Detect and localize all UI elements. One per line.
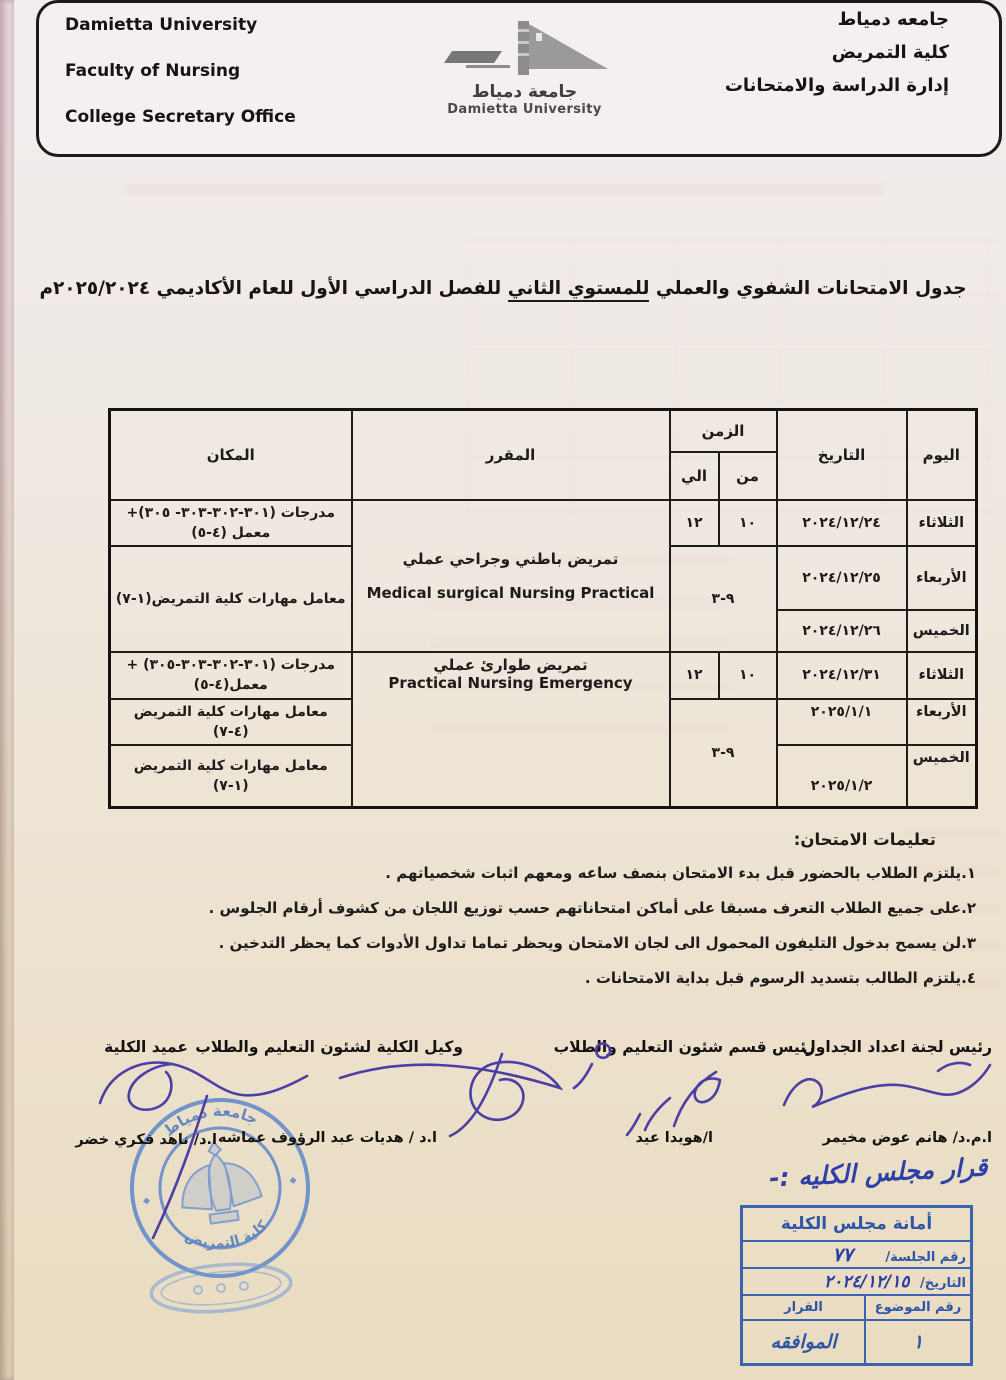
instruction-item: ١.يلتزم الطلاب بالحضور قبل بدء الامتحان … <box>126 864 976 882</box>
place-cell: معامل مهارات كلية التمريض (١-٧) <box>110 745 352 807</box>
time-merged-cell: ٩-٣ <box>670 546 777 652</box>
date-cell: ٢٠٢٤/١٢/٢٥ <box>777 546 907 610</box>
date-cell: ٢٠٢٤/١٢/٢٤ <box>777 500 907 547</box>
time-merged-cell: ٩-٣ <box>670 699 777 808</box>
course-english: Practical Nursing Emergency <box>357 674 665 692</box>
instructions-heading: تعليمات الامتحان: <box>126 830 936 849</box>
scanned-document-page: { "letterhead": { "english_lines": ["Dam… <box>0 0 1006 1380</box>
logo-english-text: Damietta University <box>397 102 652 117</box>
signature-ink-schedules-committee <box>778 1055 996 1127</box>
day-cell: الثلاثاء <box>907 500 977 547</box>
decision-label: القرار <box>742 1295 866 1320</box>
day-cell: الثلاثاء <box>907 652 977 699</box>
date-cell: ٢٠٢٥/١/٢ <box>777 745 907 807</box>
letterhead-english-line-3: College Secretary Office <box>65 107 296 127</box>
letterhead-english-line-1: Damietta University <box>65 15 257 35</box>
logo-arabic-text: جامعة دمياط <box>397 82 652 102</box>
course-english: Medical surgical Nursing Practical <box>357 584 665 602</box>
instruction-item: ٤.يلتزم الطالب بتسديد الرسوم قبل بداية ا… <box>126 969 976 987</box>
exam-schedule-table: اليوم التاريخ الزمن المقرر المكان من الي… <box>108 408 978 809</box>
day-cell: الخميس <box>907 610 977 652</box>
header-course: المقرر <box>352 410 670 500</box>
place-cell: مدرجات (٣٠١-٣٠٢-٣٠٣- ٣٠٥)+ معمل (٤-٥) <box>110 500 352 547</box>
signature-ink-dean <box>85 1048 325 1253</box>
date-cell: ٢٠٢٤/١٢/٢٦ <box>777 610 907 652</box>
header-time: الزمن <box>670 410 777 452</box>
signature-name-dean: ا.د/ ناهد فكري خضر <box>75 1132 217 1148</box>
signature-name-schedules-committee: ا.م.د/ هانم عوض مخيمر <box>823 1130 992 1146</box>
place-cell: مدرجات (٣٠١-٣٠٢-٣٠٣-٣٠٥) + معمل(٤-٥) <box>110 652 352 699</box>
session-date-value: ٢٠٢٤/١٢/١٥ <box>824 1272 909 1292</box>
course-cell-1: تمريض باطني وجراحي عملي Medical surgical… <box>352 500 670 653</box>
scan-edge-strip <box>0 0 14 1380</box>
table-row: الثلاثاء ٢٠٢٤/١٢/٣١ ١٠ ١٢ تمريض طوارئ عم… <box>110 652 977 699</box>
university-logo-icon <box>440 19 610 77</box>
day-cell: الأربعاء <box>907 699 977 746</box>
date-cell: ٢٠٢٥/١/١ <box>777 699 907 746</box>
document-title-underlined: للمستوي الثاني <box>508 278 650 302</box>
subject-number-label: رقم الموضوع <box>865 1295 972 1320</box>
header-date: التاريخ <box>777 410 907 500</box>
header-day: اليوم <box>907 410 977 500</box>
place-cell: معامل مهارات كلية التمريض(١-٧) <box>110 546 352 652</box>
oval-stamp-icon <box>146 1262 296 1314</box>
instruction-item: ٣.لن يسمح بدخول التليفون المحمول الى لجا… <box>126 934 976 952</box>
council-stamp-title: أمانة مجلس الكلية <box>742 1207 972 1242</box>
course-cell-2: تمريض طوارئ عملي Practical Nursing Emerg… <box>352 652 670 807</box>
university-logo: جامعة دمياط Damietta University <box>397 19 652 117</box>
session-number-label: رقم الجلسة/ <box>885 1250 966 1265</box>
header-place: المكان <box>110 410 352 500</box>
instruction-item: ٢.على جميع الطلاب التعرف مسبقا على أماكن… <box>126 899 976 917</box>
time-from-cell: ١٠ <box>719 652 777 699</box>
decision-value: الموافقه <box>742 1320 866 1365</box>
place-cell: معامل مهارات كلية التمريض (٤-٧) <box>110 699 352 746</box>
header-time-to: الي <box>670 452 719 500</box>
letterhead-arabic-line-1: جامعه دمياط <box>838 9 949 30</box>
session-number-value: ٧٧ <box>832 1244 852 1266</box>
letterhead-box: Damietta University Faculty of Nursing C… <box>36 0 1002 157</box>
session-date-row: التاريخ/ ٢٠٢٤/١٢/١٥ <box>742 1268 972 1295</box>
time-to-cell: ١٢ <box>670 500 719 547</box>
document-title-pre: جدول الامتحانات الشفوي والعملي <box>649 278 966 299</box>
time-from-cell: ١٠ <box>719 500 777 547</box>
document-title: جدول الامتحانات الشفوي والعملي للمستوي ا… <box>0 278 1006 299</box>
course-arabic: تمريض باطني وجراحي عملي <box>357 550 665 568</box>
table-row: الثلاثاء ٢٠٢٤/١٢/٢٤ ١٠ ١٢ تمريض باطني وج… <box>110 500 977 547</box>
document-title-post: للفصل الدراسي الأول للعام الأكاديمي ٢٠٢٥… <box>39 278 507 299</box>
header-time-from: من <box>719 452 777 500</box>
day-cell: الخميس <box>907 745 977 807</box>
signature-ink-vice-dean <box>330 1038 630 1140</box>
signature-name-vice-dean: ا.د / هديات عبد الرؤوف عماشه <box>218 1130 437 1146</box>
exam-instructions: تعليمات الامتحان: ١.يلتزم الطلاب بالحضور… <box>126 830 976 1004</box>
letterhead-arabic-line-2: كلية التمريض <box>832 42 949 63</box>
session-number-row: رقم الجلسة/ ٧٧ <box>742 1241 972 1268</box>
signature-ink-education-dept-head <box>612 1056 752 1140</box>
council-secretariat-stamp: أمانة مجلس الكلية رقم الجلسة/ ٧٧ التاريخ… <box>740 1205 973 1366</box>
signature-name-education-dept-head: ا/هويدا عيد <box>636 1130 713 1146</box>
subject-number-value: ١ <box>865 1320 972 1365</box>
letterhead-arabic-line-3: إدارة الدراسة والامتحانات <box>725 75 949 96</box>
council-decision-note: قرار مجلس الكليه :- <box>769 1152 989 1192</box>
signature-title-schedules-committee: رئيس لجنة اعداد الجداول <box>802 1038 992 1056</box>
time-to-cell: ١٢ <box>670 652 719 699</box>
day-cell: الأربعاء <box>907 546 977 610</box>
letterhead-english-line-2: Faculty of Nursing <box>65 61 240 81</box>
session-date-label: التاريخ/ <box>920 1276 966 1291</box>
date-cell: ٢٠٢٤/١٢/٣١ <box>777 652 907 699</box>
course-arabic: تمريض طوارئ عملي <box>357 656 665 674</box>
bleedthrough-title <box>125 183 885 196</box>
